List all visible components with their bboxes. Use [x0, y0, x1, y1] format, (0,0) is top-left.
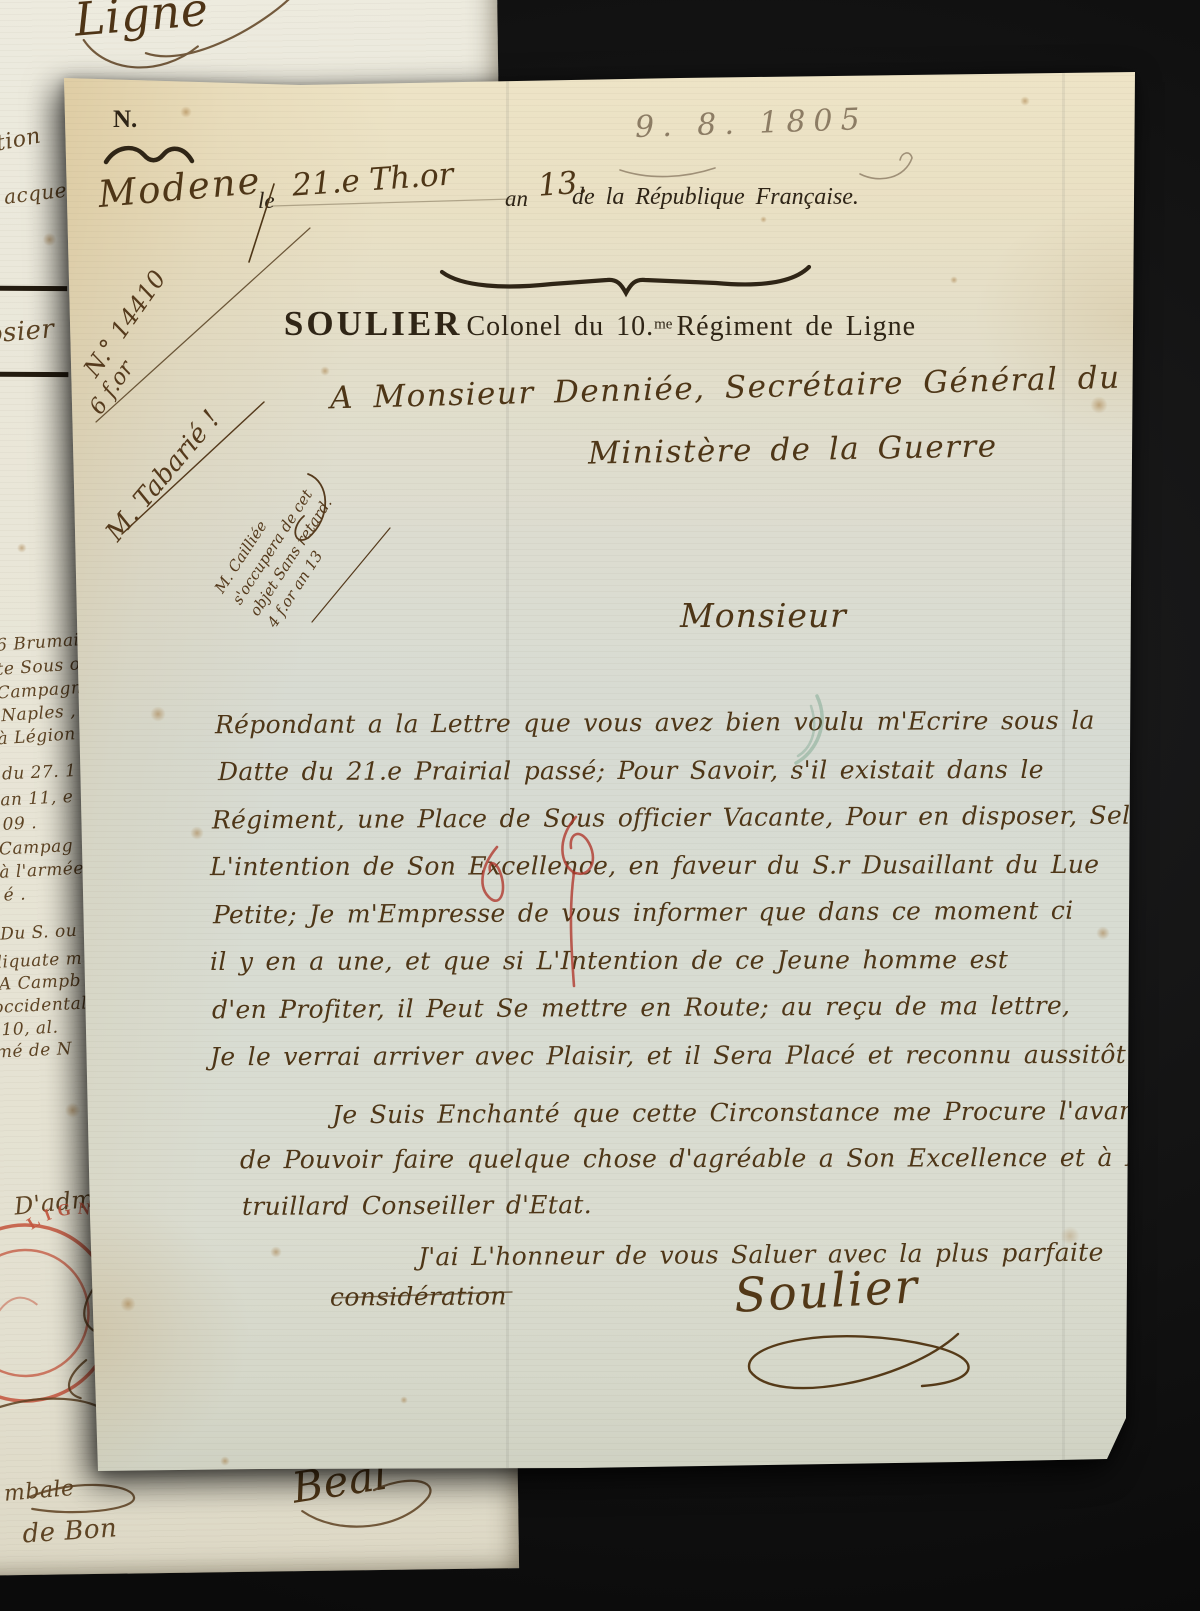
body-line: Régiment, une Place de Sous officier Vac… [212, 801, 1162, 835]
foxing-spot [220, 1456, 230, 1466]
letterhead-n-label: N. [113, 106, 137, 134]
foxing-spot [270, 1246, 282, 1258]
note-tabarie: M. Tabarié ! [100, 405, 226, 548]
body-line: Je le verrai arriver avec Plaisir, et il… [210, 1040, 1134, 1071]
pencil-underline [860, 153, 912, 179]
body-line: truillard Conseiller d'Etat. [242, 1190, 592, 1221]
salutation: Monsieur [680, 596, 847, 635]
address-line: A Monsieur Denniée, Secrétaire Général d… [330, 360, 1121, 417]
foxing-spot [190, 826, 204, 840]
closing-line: J'ai L'honneur de vous Saluer avec la pl… [418, 1238, 1104, 1272]
foxing-spot [760, 216, 767, 223]
foxing-spot [120, 1296, 136, 1312]
body-line: Petite; Je m'Empresse de vous informer q… [213, 896, 1074, 930]
foxing-spot [180, 106, 192, 118]
manuscript-photo: Ligne tition acques osier 6 Brumair te S… [0, 0, 1200, 1611]
body-line: L'intention de Son Excellence, en faveur… [210, 850, 1099, 881]
foxing-spot [150, 706, 166, 722]
title-mid: Colonel du 10. [466, 311, 654, 342]
closing-line: considération [330, 1281, 507, 1311]
foxing-spot [950, 276, 958, 284]
pencil-underline [620, 168, 715, 177]
body-line: de Pouvoir faire quelque chose d'agréabl… [240, 1143, 1159, 1174]
address-line: Ministère de la Guerre [588, 428, 998, 471]
letterhead-printed-republic: de la République Française. [572, 184, 859, 211]
letter-page: N. Modene le 21.e Th.or an 13. de la Rép… [60, 66, 1140, 1474]
letterhead-printed-an: an [505, 186, 528, 212]
n-squiggle [106, 148, 192, 162]
letterhead-place: Modene [96, 159, 263, 216]
body-line: d'en Profiter, il Peut Se mettre en Rout… [212, 991, 1070, 1024]
body-line: il y en a une, et que si L'Intention de … [210, 945, 1008, 976]
signature: Soulier [733, 1259, 921, 1324]
foxing-spot [320, 366, 330, 376]
foxing-spot [1090, 396, 1108, 414]
foxing-spot [1020, 96, 1030, 106]
body-line: Je Suis Enchanté que cette Circonstance … [332, 1096, 1192, 1130]
title-superscript: me [654, 317, 672, 333]
title-name: SOULIER [284, 304, 463, 343]
body-line: Datte du 21.e Prairial passé; Pour Savoi… [218, 755, 1044, 786]
title-rest: Régiment de Ligne [676, 311, 916, 342]
note-cailliee: M. Cailliée s'occupera de cet objet Sans… [210, 471, 355, 632]
foxing-spot [1096, 926, 1110, 940]
letterhead-title: SOULIER Colonel du 10.me Régiment de Lig… [60, 304, 1140, 344]
letterhead-printed-le: le [258, 188, 275, 214]
brace-ornament [442, 267, 809, 293]
pencil-date-note: 9. 8. 1805 [634, 102, 868, 145]
signature-flourish [749, 1334, 968, 1388]
body-line: Répondant a la Lettre que vous avez bien… [215, 706, 1095, 740]
letterhead-day: 21.e Th.or [291, 156, 455, 203]
foxing-spot [400, 1396, 408, 1404]
letter-page-wrap: N. Modene le 21.e Th.or an 13. de la Rép… [0, 0, 1200, 1611]
